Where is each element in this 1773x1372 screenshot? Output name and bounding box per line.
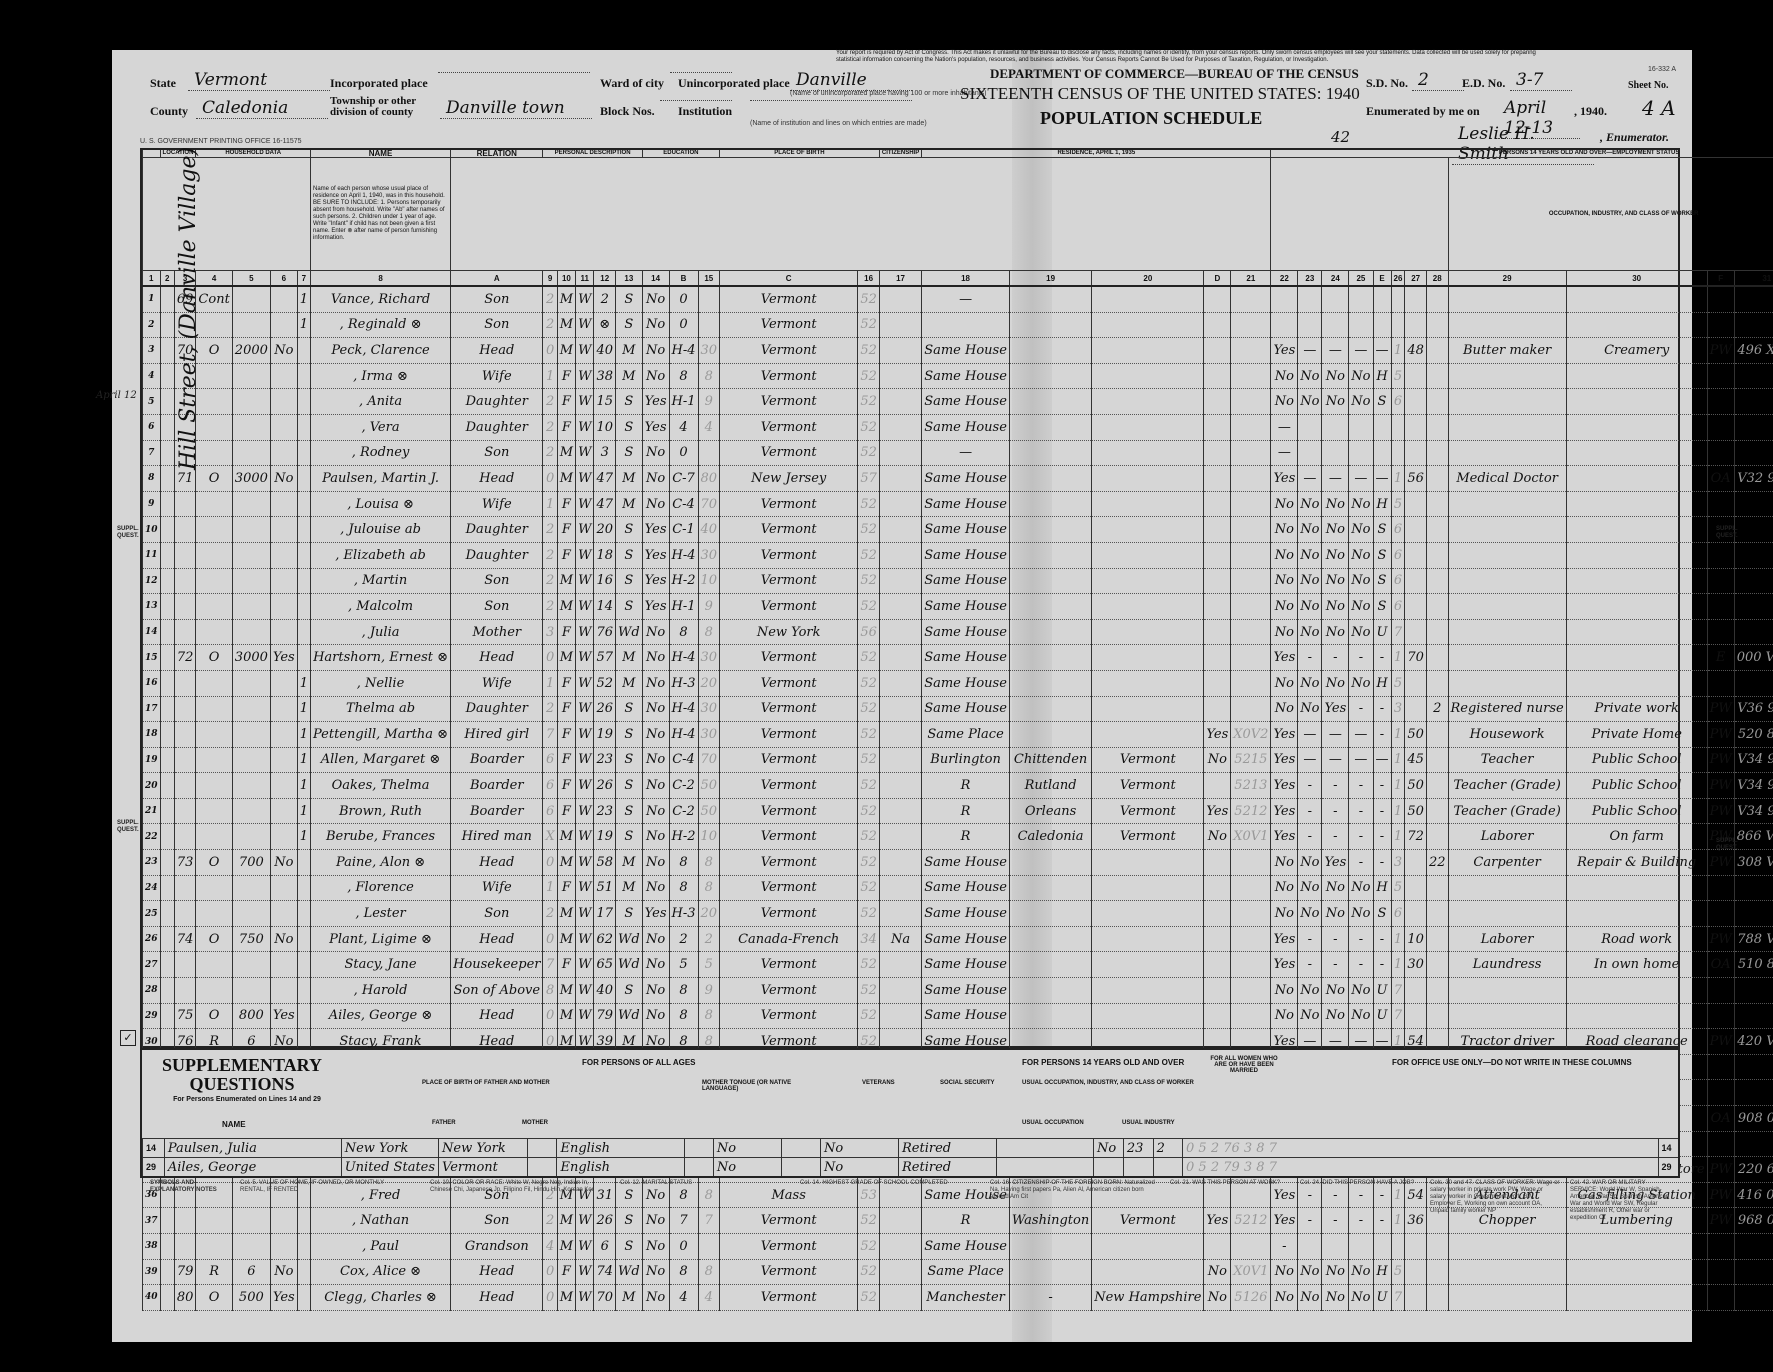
cell-sex[interactable]: M xyxy=(557,645,575,671)
cell-street[interactable] xyxy=(160,645,174,671)
cell-res-county[interactable] xyxy=(1009,517,1091,543)
cell-school[interactable]: No xyxy=(642,670,669,696)
cell-name[interactable]: Plant, Ligime ⊗ xyxy=(311,926,451,952)
cell-c24[interactable]: No xyxy=(1349,619,1373,645)
cell-race[interactable]: W xyxy=(576,1003,594,1029)
cell-grade[interactable]: 8 xyxy=(669,978,698,1004)
cell-res-city[interactable]: R xyxy=(922,824,1010,850)
cell-own[interactable] xyxy=(196,978,232,1004)
cell-c24[interactable]: - xyxy=(1349,773,1373,799)
cell-class[interactable] xyxy=(1707,491,1734,517)
cell-codeC[interactable]: 52 xyxy=(858,542,880,568)
cell-sex[interactable]: F xyxy=(557,491,575,517)
cell-age[interactable]: 47 xyxy=(594,466,616,492)
cell-industry[interactable] xyxy=(1566,517,1707,543)
cell-race[interactable]: W xyxy=(576,824,594,850)
cell-birthplace[interactable]: Vermont xyxy=(720,286,858,312)
cell-codeA[interactable]: 7 xyxy=(543,722,557,748)
cell-farm[interactable] xyxy=(270,414,297,440)
cell-race[interactable]: W xyxy=(576,850,594,876)
cell-own[interactable] xyxy=(196,619,232,645)
cell-codeF[interactable] xyxy=(1734,978,1773,1004)
cell-c23[interactable]: No xyxy=(1322,594,1349,620)
cell-industry[interactable]: Road work xyxy=(1566,926,1707,952)
cell-res-state[interactable] xyxy=(1092,414,1204,440)
cell-relation[interactable]: Son xyxy=(451,440,543,466)
cell-industry[interactable] xyxy=(1566,466,1707,492)
cell-codeA[interactable]: 3 xyxy=(543,619,557,645)
cell-value[interactable] xyxy=(232,978,270,1004)
cell-farm35[interactable] xyxy=(1204,286,1231,312)
cell-age[interactable]: 62 xyxy=(594,926,616,952)
cell-race[interactable]: W xyxy=(576,568,594,594)
cell-relation[interactable]: Son xyxy=(451,312,543,338)
cell-codeB[interactable]: 50 xyxy=(698,773,720,799)
cell-weeks-unemp[interactable] xyxy=(1426,440,1448,466)
cell-age[interactable]: 2 xyxy=(594,286,616,312)
cell-codeC[interactable]: 52 xyxy=(858,798,880,824)
cell-c25[interactable]: - xyxy=(1373,773,1391,799)
cell-num[interactable] xyxy=(297,978,310,1004)
cell-house[interactable] xyxy=(174,875,196,901)
cell-c24[interactable]: No xyxy=(1349,517,1373,543)
cell-res-county[interactable] xyxy=(1009,926,1091,952)
cell-c22[interactable]: - xyxy=(1298,952,1322,978)
cell-hours[interactable]: 72 xyxy=(1405,824,1427,850)
sd-value[interactable]: 2 xyxy=(1412,70,1464,91)
cell-codeA[interactable]: 2 xyxy=(543,286,557,312)
cell-birthplace[interactable]: Vermont xyxy=(720,517,858,543)
cell-hours[interactable] xyxy=(1405,696,1427,722)
cell-codeB[interactable]: 8 xyxy=(698,850,720,876)
cell-industry[interactable]: Creamery xyxy=(1566,338,1707,364)
cell-c23[interactable]: - xyxy=(1322,824,1349,850)
cell-weeks-unemp[interactable] xyxy=(1426,773,1448,799)
cell-res-county[interactable] xyxy=(1009,901,1091,927)
cell-codeC[interactable]: 52 xyxy=(858,952,880,978)
cell-c21[interactable]: — xyxy=(1271,440,1298,466)
cell-codeF[interactable] xyxy=(1734,568,1773,594)
cell-c24[interactable]: No xyxy=(1349,363,1373,389)
cell-codeE[interactable]: 3 xyxy=(1391,850,1405,876)
cell-sex[interactable]: F xyxy=(557,875,575,901)
cell-occupation[interactable] xyxy=(1448,594,1566,620)
cell-codeF[interactable] xyxy=(1734,389,1773,415)
cell-marital[interactable]: S xyxy=(615,312,642,338)
supp-cell-usual-occ[interactable]: Retired xyxy=(899,1139,997,1158)
cell-occupation[interactable]: Teacher (Grade) xyxy=(1448,798,1566,824)
cell-codeF[interactable]: V32 92 4 xyxy=(1734,466,1773,492)
cell-marital[interactable]: M xyxy=(615,875,642,901)
cell-marital[interactable]: S xyxy=(615,389,642,415)
cell-relation[interactable]: Daughter xyxy=(451,696,543,722)
cell-c23[interactable]: - xyxy=(1322,926,1349,952)
cell-value[interactable] xyxy=(232,389,270,415)
cell-sex[interactable]: F xyxy=(557,363,575,389)
cell-house[interactable] xyxy=(174,542,196,568)
cell-relation[interactable]: Hired girl xyxy=(451,722,543,748)
cell-value[interactable]: 700 xyxy=(232,850,270,876)
cell-value[interactable] xyxy=(232,696,270,722)
cell-relation[interactable]: Daughter xyxy=(451,414,543,440)
cell-sex[interactable]: M xyxy=(557,978,575,1004)
cell-age[interactable]: 40 xyxy=(594,338,616,364)
cell-name[interactable]: , Florence xyxy=(311,875,451,901)
cell-grade[interactable]: 8 xyxy=(669,363,698,389)
cell-house[interactable] xyxy=(174,798,196,824)
cell-res-city[interactable]: Same House xyxy=(922,491,1010,517)
cell-age[interactable]: 79 xyxy=(594,1003,616,1029)
cell-res-state[interactable] xyxy=(1092,440,1204,466)
cell-codeF[interactable] xyxy=(1734,1131,1773,1157)
cell-res-state[interactable] xyxy=(1092,670,1204,696)
cell-farm[interactable] xyxy=(270,517,297,543)
cell-codeB[interactable]: 10 xyxy=(698,824,720,850)
cell-hours[interactable] xyxy=(1405,850,1427,876)
cell-c22[interactable]: - xyxy=(1298,645,1322,671)
cell-birthplace[interactable]: Vermont xyxy=(720,363,858,389)
cell-relation[interactable]: Son xyxy=(451,594,543,620)
cell-marital[interactable]: S xyxy=(615,414,642,440)
cell-hours[interactable] xyxy=(1405,901,1427,927)
cell-codeE[interactable] xyxy=(1391,312,1405,338)
cell-c22[interactable]: — xyxy=(1298,466,1322,492)
cell-cit[interactable] xyxy=(879,747,921,773)
cell-c23[interactable]: - xyxy=(1322,952,1349,978)
cell-value[interactable] xyxy=(232,363,270,389)
cell-codeE[interactable]: 1 xyxy=(1391,722,1405,748)
cell-codeF[interactable]: 416 0V 1 xyxy=(1734,1182,1773,1208)
cell-hours[interactable]: 45 xyxy=(1405,747,1427,773)
cell-res-city[interactable] xyxy=(922,312,1010,338)
cell-weeks-unemp[interactable] xyxy=(1426,619,1448,645)
cell-codeF[interactable]: 908 08 1 xyxy=(1734,1106,1773,1132)
cell-res-county[interactable] xyxy=(1009,952,1091,978)
cell-industry[interactable] xyxy=(1566,312,1707,338)
cell-codeC[interactable]: 52 xyxy=(858,312,880,338)
cell-codeA[interactable]: 2 xyxy=(543,440,557,466)
cell-hours[interactable]: 10 xyxy=(1405,926,1427,952)
cell-codeE[interactable]: 6 xyxy=(1391,542,1405,568)
cell-industry[interactable]: In own home xyxy=(1566,952,1707,978)
cell-cit[interactable] xyxy=(879,286,921,312)
cell-c23[interactable]: No xyxy=(1322,491,1349,517)
cell-c23[interactable]: No xyxy=(1322,363,1349,389)
cell-school[interactable]: No xyxy=(642,1003,669,1029)
cell-own[interactable] xyxy=(196,312,232,338)
cell-c22[interactable] xyxy=(1298,312,1322,338)
cell-c25[interactable]: S xyxy=(1373,568,1391,594)
cell-codeA[interactable]: 0 xyxy=(543,466,557,492)
cell-school[interactable]: No xyxy=(642,773,669,799)
cell-codeC[interactable]: 52 xyxy=(858,722,880,748)
cell-class[interactable] xyxy=(1707,1233,1734,1259)
cell-relation[interactable]: Wife xyxy=(451,670,543,696)
cell-grade[interactable]: C-2 xyxy=(669,798,698,824)
cell-cit[interactable] xyxy=(879,517,921,543)
cell-farm[interactable] xyxy=(270,978,297,1004)
cell-c22[interactable]: — xyxy=(1298,722,1322,748)
cell-cit[interactable] xyxy=(879,798,921,824)
cell-house[interactable] xyxy=(174,952,196,978)
cell-c24[interactable] xyxy=(1349,414,1373,440)
cell-codeD[interactable] xyxy=(1231,926,1271,952)
cell-c25[interactable] xyxy=(1373,312,1391,338)
cell-hours[interactable]: 70 xyxy=(1405,645,1427,671)
cell-name[interactable]: Paine, Alon ⊗ xyxy=(311,850,451,876)
cell-codeA[interactable]: 2 xyxy=(543,542,557,568)
cell-farm[interactable]: No xyxy=(270,466,297,492)
cell-codeA[interactable]: 1 xyxy=(543,875,557,901)
cell-c25[interactable]: - xyxy=(1373,850,1391,876)
cell-race[interactable]: W xyxy=(576,414,594,440)
cell-class[interactable] xyxy=(1707,389,1734,415)
cell-own[interactable] xyxy=(196,747,232,773)
cell-own[interactable] xyxy=(196,568,232,594)
cell-res-city[interactable]: Same House xyxy=(922,696,1010,722)
cell-weeks-unemp[interactable] xyxy=(1426,798,1448,824)
cell-value[interactable] xyxy=(232,517,270,543)
cell-c23[interactable]: No xyxy=(1322,542,1349,568)
cell-own[interactable] xyxy=(196,542,232,568)
cell-res-city[interactable]: R xyxy=(922,798,1010,824)
cell-c21[interactable]: No xyxy=(1271,389,1298,415)
cell-num[interactable]: 1 xyxy=(297,747,310,773)
cell-industry[interactable] xyxy=(1566,875,1707,901)
cell-value[interactable]: 3000 xyxy=(232,645,270,671)
cell-name[interactable]: Thelma ab xyxy=(311,696,451,722)
cell-codeA[interactable]: 2 xyxy=(543,594,557,620)
cell-c23[interactable]: No xyxy=(1322,619,1349,645)
cell-street[interactable] xyxy=(160,619,174,645)
cell-own[interactable] xyxy=(196,875,232,901)
cell-c21[interactable]: No xyxy=(1271,568,1298,594)
cell-hours[interactable] xyxy=(1405,517,1427,543)
cell-res-state[interactable] xyxy=(1092,978,1204,1004)
cell-house[interactable] xyxy=(174,594,196,620)
cell-marital[interactable]: M xyxy=(615,338,642,364)
cell-sex[interactable]: M xyxy=(557,338,575,364)
cell-cit[interactable] xyxy=(879,773,921,799)
cell-name[interactable]: , Lester xyxy=(311,901,451,927)
cell-c21[interactable]: Yes xyxy=(1271,338,1298,364)
cell-codeC[interactable]: 52 xyxy=(858,824,880,850)
cell-c23[interactable]: — xyxy=(1322,722,1349,748)
cell-relation[interactable]: Head xyxy=(451,850,543,876)
cell-weeks-unemp[interactable] xyxy=(1426,594,1448,620)
cell-codeF[interactable] xyxy=(1734,901,1773,927)
cell-value[interactable] xyxy=(232,773,270,799)
township-value[interactable]: Danville town xyxy=(440,98,592,119)
cell-grade[interactable]: 5 xyxy=(669,952,698,978)
cell-res-state[interactable] xyxy=(1092,568,1204,594)
supp-cell-mother[interactable]: Vermont xyxy=(439,1158,528,1177)
ward-value[interactable] xyxy=(670,72,732,73)
cell-relation[interactable]: Boarder xyxy=(451,798,543,824)
cell-res-state[interactable] xyxy=(1092,619,1204,645)
cell-res-county[interactable] xyxy=(1009,670,1091,696)
cell-marital[interactable]: S xyxy=(615,747,642,773)
cell-value[interactable] xyxy=(232,312,270,338)
cell-c23[interactable]: No xyxy=(1322,568,1349,594)
cell-codeD[interactable] xyxy=(1231,542,1271,568)
cell-marital[interactable]: M xyxy=(615,850,642,876)
supp-cell-married-more[interactable] xyxy=(1093,1158,1123,1177)
cell-weeks-unemp[interactable] xyxy=(1426,286,1448,312)
cell-cit[interactable] xyxy=(879,594,921,620)
cell-codeC[interactable]: 52 xyxy=(858,850,880,876)
cell-class[interactable] xyxy=(1707,1131,1734,1157)
cell-own[interactable] xyxy=(196,491,232,517)
cell-grade[interactable]: 8 xyxy=(669,875,698,901)
cell-industry[interactable] xyxy=(1566,1003,1707,1029)
cell-res-county[interactable]: Caledonia xyxy=(1009,824,1091,850)
cell-codeB[interactable]: 9 xyxy=(698,389,720,415)
cell-hours[interactable] xyxy=(1405,542,1427,568)
supp-cell-children[interactable] xyxy=(1153,1158,1182,1177)
cell-relation[interactable]: Son xyxy=(451,901,543,927)
cell-school[interactable]: No xyxy=(642,466,669,492)
cell-c22[interactable]: No xyxy=(1298,850,1322,876)
cell-codeF[interactable]: 496 X3 1 xyxy=(1734,338,1773,364)
cell-street[interactable] xyxy=(160,414,174,440)
cell-codeF[interactable]: V34 91 2 xyxy=(1734,798,1773,824)
cell-value[interactable] xyxy=(232,568,270,594)
cell-farm[interactable] xyxy=(270,798,297,824)
cell-race[interactable]: W xyxy=(576,798,594,824)
cell-school[interactable]: No xyxy=(642,722,669,748)
cell-age[interactable]: 51 xyxy=(594,875,616,901)
cell-relation[interactable]: Wife xyxy=(451,875,543,901)
cell-industry[interactable] xyxy=(1566,594,1707,620)
cell-farm35[interactable] xyxy=(1204,926,1231,952)
supp-cell-veteran[interactable]: No xyxy=(713,1139,781,1158)
cell-weeks-unemp[interactable] xyxy=(1426,312,1448,338)
cell-school[interactable]: No xyxy=(642,312,669,338)
cell-hours[interactable] xyxy=(1405,491,1427,517)
cell-codeD[interactable] xyxy=(1231,338,1271,364)
cell-c21[interactable]: Yes xyxy=(1271,824,1298,850)
cell-codeF[interactable]: 788 V9 1 xyxy=(1734,926,1773,952)
cell-codeA[interactable]: 6 xyxy=(543,773,557,799)
cell-weeks-unemp[interactable] xyxy=(1426,926,1448,952)
cell-codeE[interactable]: 1 xyxy=(1391,747,1405,773)
cell-street[interactable] xyxy=(160,696,174,722)
cell-sex[interactable]: F xyxy=(557,389,575,415)
cell-street[interactable] xyxy=(160,798,174,824)
check-box-icon[interactable]: ✓ xyxy=(120,1030,136,1046)
cell-codeD[interactable]: 5215 xyxy=(1231,747,1271,773)
cell-grade[interactable]: C-4 xyxy=(669,491,698,517)
cell-birthplace[interactable]: Vermont xyxy=(720,722,858,748)
cell-house[interactable] xyxy=(174,747,196,773)
cell-codeF[interactable] xyxy=(1734,286,1773,312)
cell-codeF[interactable] xyxy=(1734,1054,1773,1080)
cell-farm[interactable] xyxy=(270,363,297,389)
cell-own[interactable]: O xyxy=(196,926,232,952)
cell-codeD[interactable] xyxy=(1231,670,1271,696)
cell-codeB[interactable]: 2 xyxy=(698,926,720,952)
cell-street[interactable] xyxy=(160,517,174,543)
cell-c23[interactable]: — xyxy=(1322,747,1349,773)
cell-grade[interactable]: H-4 xyxy=(669,722,698,748)
cell-res-state[interactable] xyxy=(1092,952,1204,978)
ed-value[interactable]: 3-7 xyxy=(1510,70,1572,91)
cell-occupation[interactable]: Laborer xyxy=(1448,926,1566,952)
cell-res-city[interactable]: Same House xyxy=(922,850,1010,876)
cell-occupation[interactable] xyxy=(1448,517,1566,543)
cell-birthplace[interactable]: Vermont xyxy=(720,491,858,517)
cell-c21[interactable]: No xyxy=(1271,542,1298,568)
cell-res-city[interactable]: Same House xyxy=(922,978,1010,1004)
cell-birthplace[interactable]: Vermont xyxy=(720,440,858,466)
cell-c25[interactable]: S xyxy=(1373,542,1391,568)
cell-num[interactable]: 1 xyxy=(297,286,310,312)
cell-grade[interactable]: H-4 xyxy=(669,645,698,671)
cell-c25[interactable]: S xyxy=(1373,517,1391,543)
cell-school[interactable]: No xyxy=(642,978,669,1004)
cell-codeC[interactable]: 52 xyxy=(858,568,880,594)
cell-sex[interactable]: M xyxy=(557,850,575,876)
cell-hours[interactable] xyxy=(1405,1003,1427,1029)
cell-occupation[interactable] xyxy=(1448,286,1566,312)
cell-farm[interactable] xyxy=(270,440,297,466)
cell-weeks-unemp[interactable] xyxy=(1426,901,1448,927)
cell-street[interactable] xyxy=(160,312,174,338)
cell-c24[interactable]: - xyxy=(1349,824,1373,850)
cell-c21[interactable]: Yes xyxy=(1271,798,1298,824)
cell-own[interactable]: O xyxy=(196,466,232,492)
cell-marital[interactable]: M xyxy=(615,466,642,492)
cell-name[interactable]: , Julia xyxy=(311,619,451,645)
cell-c25[interactable]: — xyxy=(1373,338,1391,364)
cell-hours[interactable]: 48 xyxy=(1405,338,1427,364)
cell-codeF[interactable] xyxy=(1734,517,1773,543)
cell-codeC[interactable]: 52 xyxy=(858,594,880,620)
cell-res-city[interactable]: Same House xyxy=(922,389,1010,415)
cell-name[interactable]: , Elizabeth ab xyxy=(311,542,451,568)
cell-farm[interactable] xyxy=(270,286,297,312)
cell-c24[interactable]: — xyxy=(1349,747,1373,773)
supp-cell-name[interactable]: Paulsen, Julia xyxy=(164,1139,341,1158)
cell-c25[interactable]: H xyxy=(1373,670,1391,696)
cell-school[interactable]: Yes xyxy=(642,542,669,568)
cell-res-county[interactable] xyxy=(1009,978,1091,1004)
cell-res-city[interactable]: Same House xyxy=(922,952,1010,978)
cell-class[interactable]: PW xyxy=(1707,850,1734,876)
cell-cit[interactable] xyxy=(879,1003,921,1029)
cell-age[interactable]: 47 xyxy=(594,491,616,517)
cell-value[interactable] xyxy=(232,594,270,620)
cell-codeB[interactable]: 40 xyxy=(698,517,720,543)
cell-own[interactable] xyxy=(196,901,232,927)
cell-codeE[interactable]: 6 xyxy=(1391,901,1405,927)
cell-grade[interactable]: 0 xyxy=(669,440,698,466)
cell-codeD[interactable] xyxy=(1231,901,1271,927)
cell-codeD[interactable]: X0V2 xyxy=(1231,722,1271,748)
cell-codeF[interactable] xyxy=(1734,440,1773,466)
cell-c22[interactable]: No xyxy=(1298,901,1322,927)
cell-res-county[interactable] xyxy=(1009,850,1091,876)
cell-num[interactable]: 1 xyxy=(297,670,310,696)
cell-c22[interactable]: No xyxy=(1298,594,1322,620)
cell-school[interactable]: No xyxy=(642,440,669,466)
cell-c24[interactable]: No xyxy=(1349,978,1373,1004)
cell-class[interactable] xyxy=(1707,619,1734,645)
cell-farm[interactable] xyxy=(270,542,297,568)
cell-codeE[interactable]: 1 xyxy=(1391,798,1405,824)
cell-school[interactable]: No xyxy=(642,338,669,364)
